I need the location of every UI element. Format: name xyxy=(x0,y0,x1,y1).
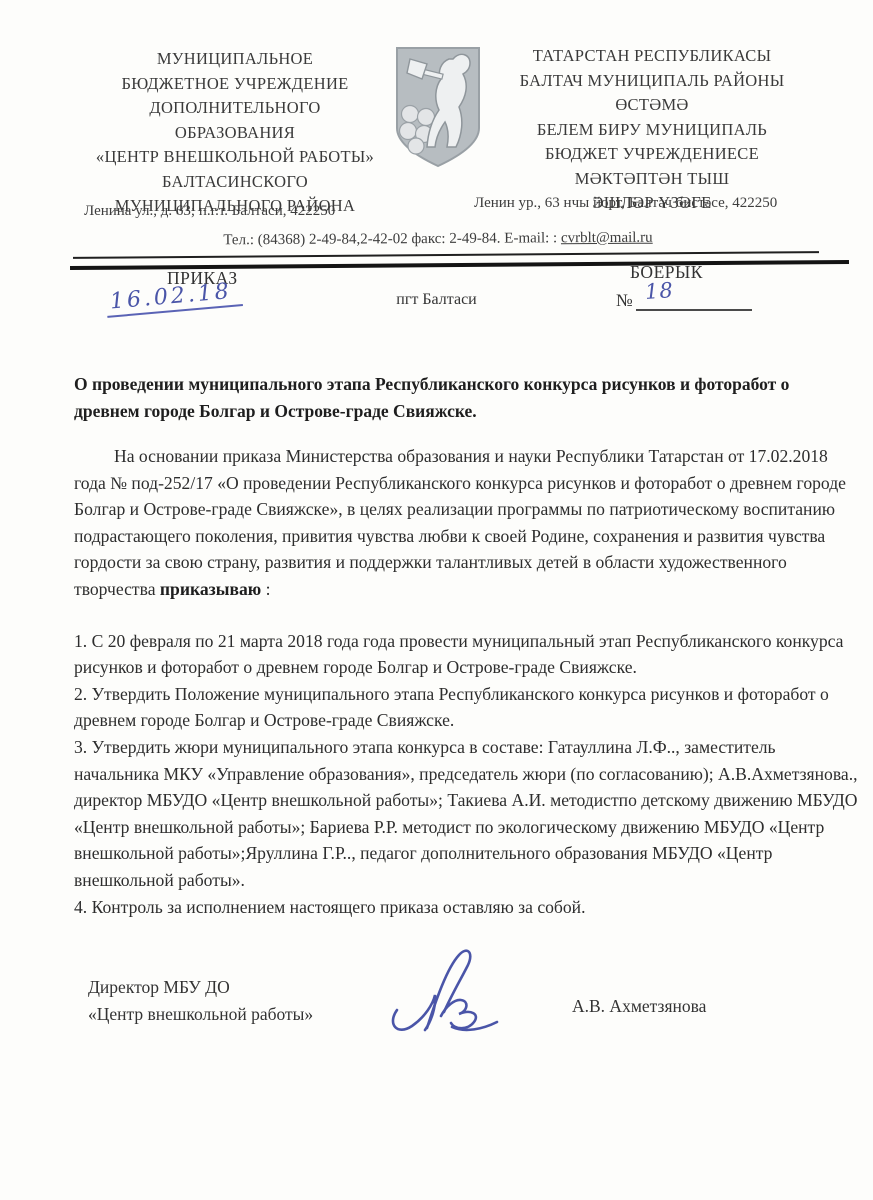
org-line: ДОПОЛНИТЕЛЬНОГО xyxy=(68,96,402,121)
phone-fax-text: Тел.: (84368) 2-49-84,2-42-02 факс: 2-49… xyxy=(223,230,557,248)
org-line: МӘКТӘПТӘН ТЫШ xyxy=(466,167,838,192)
org-line: ТАТАРСТАН РЕСПУБЛИКАСЫ xyxy=(466,44,838,69)
org-line: «ЦЕНТР ВНЕШКОЛЬНОЙ РАБОТЫ» xyxy=(68,145,402,170)
org-line: БЮДЖЕТ УЧРЕЖДЕНИЕСЕ xyxy=(466,142,838,167)
scanned-order-document: МУНИЦИПАЛЬНОЕ БЮДЖЕТНОЕ УЧРЕЖДЕНИЕ ДОПОЛ… xyxy=(0,0,873,1200)
contact-line: Тел.: (84368) 2-49-84,2-42-02 факс: 2-49… xyxy=(56,229,820,251)
separator-line-thin xyxy=(73,251,819,259)
org-line: МУНИЦИПАЛЬНОЕ xyxy=(68,47,402,72)
order-verb-bold: приказываю xyxy=(160,579,261,599)
org-line: БАЛТАЧ МУНИЦИПАЛЬ РАЙОНЫ xyxy=(466,69,838,94)
org-line: БЕЛЕМ БИРУ МУНИЦИПАЛЬ xyxy=(466,118,838,143)
order-item-4: 4. Контроль за исполнением настоящего пр… xyxy=(74,894,860,921)
signer-position-line: Директор МБУ ДО xyxy=(88,974,313,1001)
order-item-2: 2. Утвердить Положение муниципального эт… xyxy=(74,681,860,734)
preamble-text: На основании приказа Министерства образо… xyxy=(74,446,846,599)
order-item-1: 1. С 20 февраля по 21 марта 2018 года го… xyxy=(74,628,860,681)
signer-name: А.В. Ахметзянова xyxy=(572,996,706,1017)
org-line: БЮДЖЕТНОЕ УЧРЕЖДЕНИЕ xyxy=(68,72,402,97)
address-russian: Ленина ул., д. 63; п.г.т. Балтаси, 42225… xyxy=(84,203,335,220)
org-line: ОБРАЗОВАНИЯ xyxy=(68,121,402,146)
org-line: БАЛТАСИНСКОГО xyxy=(68,170,402,195)
document-body: На основании приказа Министерства образо… xyxy=(74,443,860,920)
preamble-tail: : xyxy=(261,579,270,599)
handwritten-signature-icon xyxy=(383,938,507,1055)
number-underline: 18 xyxy=(636,285,752,311)
signer-position-line: «Центр внешкольной работы» xyxy=(88,1001,313,1028)
number-sign: № xyxy=(616,290,633,310)
order-number: №18 xyxy=(616,285,752,311)
org-line: ӨСТӘМӘ xyxy=(466,93,838,118)
email-text: cvrblt@mail.ru xyxy=(561,230,653,247)
address-tatar: Ленин ур., 63 нчы йорт, Балтач бистәсе, … xyxy=(474,195,777,212)
handwritten-number: 18 xyxy=(644,278,674,304)
org-name-tatar: ТАТАРСТАН РЕСПУБЛИКАСЫ БАЛТАЧ МУНИЦИПАЛЬ… xyxy=(466,44,838,216)
org-name-russian: МУНИЦИПАЛЬНОЕ БЮДЖЕТНОЕ УЧРЕЖДЕНИЕ ДОПОЛ… xyxy=(68,47,402,219)
preamble-paragraph: На основании приказа Министерства образо… xyxy=(74,443,860,603)
signer-position: Директор МБУ ДО «Центр внешкольной работ… xyxy=(88,974,313,1028)
document-title: О проведении муниципального этапа Респуб… xyxy=(74,371,856,425)
order-item-3: 3. Утвердить жюри муниципального этапа к… xyxy=(74,734,860,894)
